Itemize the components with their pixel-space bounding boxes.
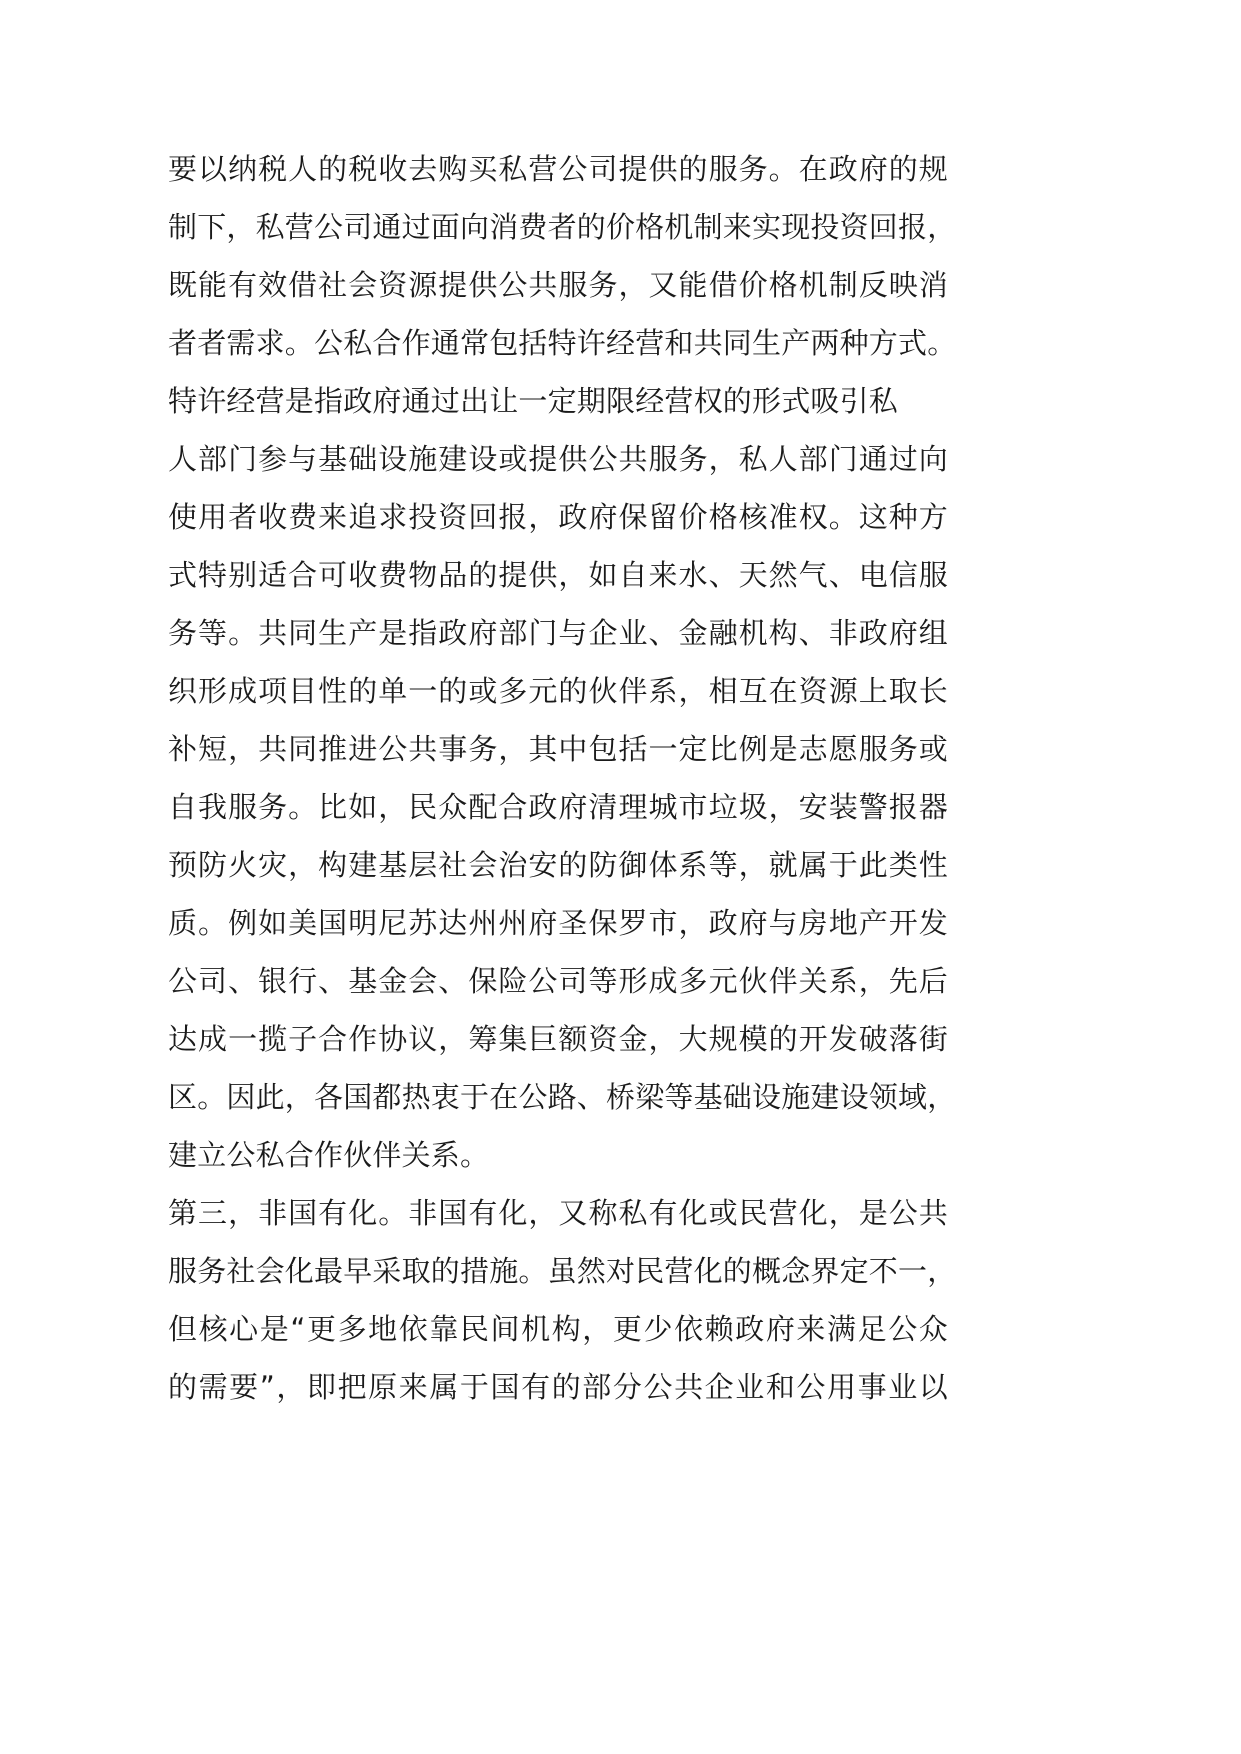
text-line: 但核心是“更多地依靠民间机构，更少依赖政府来满足公众 xyxy=(168,1300,948,1358)
text-line: 达成一揽子合作协议，筹集巨额资金，大规模的开发破落街 xyxy=(168,1010,948,1068)
text-line: 的需要”，即把原来属于国有的部分公共企业和公用事业以 xyxy=(168,1358,948,1416)
text-line: 特许经营是指政府通过出让一定期限经营权的形式吸引私 xyxy=(168,372,898,430)
text-line: 使用者收费来追求投资回报，政府保留价格核准权。这种方 xyxy=(168,488,948,546)
text-line: 式特别适合可收费物品的提供，如自来水、天然气、电信服 xyxy=(168,546,948,604)
text-line: 人部门参与基础设施建设或提供公共服务，私人部门通过向 xyxy=(168,430,948,488)
text-line: 建立公私合作伙伴关系。 xyxy=(168,1126,489,1184)
text-line: 要以纳税人的税收去购买私营公司提供的服务。在政府的规 xyxy=(168,140,948,198)
text-line: 质。例如美国明尼苏达州州府圣保罗市，政府与房地产开发 xyxy=(168,894,948,952)
text-line: 者者需求。公私合作通常包括特许经营和共同生产两种方式。 xyxy=(168,314,948,372)
text-line: 既能有效借社会资源提供公共服务，又能借价格机制反映消 xyxy=(168,256,948,314)
text-line: 区。因此，各国都热衷于在公路、桥梁等基础设施建设领域， xyxy=(168,1068,948,1126)
text-line: 服务社会化最早采取的措施。虽然对民营化的概念界定不一， xyxy=(168,1242,948,1300)
text-line: 自我服务。比如，民众配合政府清理城市垃圾，安装警报器 xyxy=(168,778,948,836)
text-line: 补短，共同推进公共事务，其中包括一定比例是志愿服务或 xyxy=(168,720,948,778)
text-line: 预防火灾，构建基层社会治安的防御体系等，就属于此类性 xyxy=(168,836,948,894)
text-line: 制下，私营公司通过面向消费者的价格机制来实现投资回报， xyxy=(168,198,948,256)
text-line: 务等。共同生产是指政府部门与企业、金融机构、非政府组 xyxy=(168,604,948,662)
text-line: 公司、银行、基金会、保险公司等形成多元伙伴关系，先后 xyxy=(168,952,948,1010)
text-line: 第三，非国有化。非国有化，又称私有化或民营化，是公共 xyxy=(168,1184,948,1242)
text-line: 织形成项目性的单一的或多元的伙伴系，相互在资源上取长 xyxy=(168,662,948,720)
